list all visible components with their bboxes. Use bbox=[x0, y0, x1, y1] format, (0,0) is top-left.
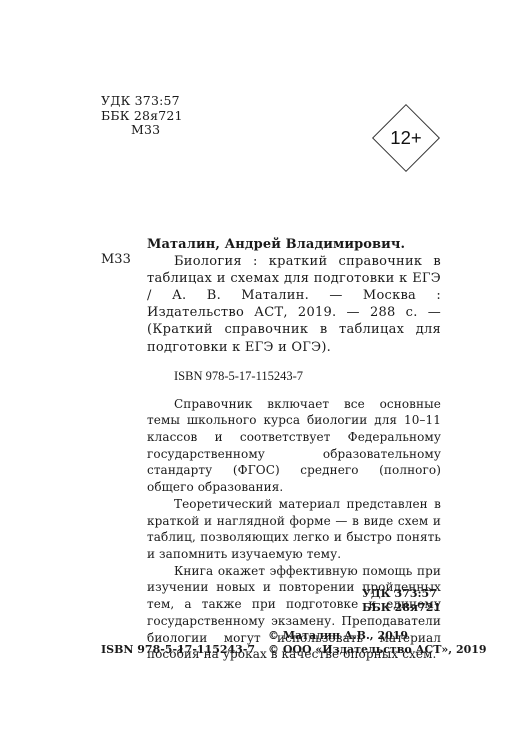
author-name: Маталин, Андрей Владимирович. bbox=[147, 236, 441, 253]
isbn-footer: ISBN 978-5-17-115243-7 bbox=[101, 643, 255, 657]
copyright-author: © Маталин А.В., 2019 bbox=[268, 629, 487, 643]
annotation-paragraph: Теоретический материал представлен в кра… bbox=[147, 496, 441, 563]
classification-block-bottom: УДК 373:57 ББК 28я721 bbox=[362, 587, 441, 615]
author-mark: М33 bbox=[101, 123, 183, 138]
copyright-page: УДК 373:57 ББК 28я721 М33 12+ М33 Матали… bbox=[0, 0, 514, 750]
annotation: Справочник включает все основные темы шк… bbox=[147, 396, 441, 663]
annotation-paragraph: Справочник включает все основные темы шк… bbox=[147, 396, 441, 496]
classification-block-top: УДК 373:57 ББК 28я721 М33 bbox=[101, 94, 183, 138]
udk-code: УДК 373:57 bbox=[101, 94, 183, 109]
bbk-code-bottom: ББК 28я721 bbox=[362, 601, 441, 615]
bibliographic-description: Биология : краткий справочник в таб­лица… bbox=[147, 253, 441, 356]
udk-code-bottom: УДК 373:57 bbox=[362, 587, 441, 601]
bbk-code: ББК 28я721 bbox=[101, 109, 183, 124]
isbn-inline: ISBN 978-5-17-115243-7 bbox=[174, 368, 441, 384]
copyright-publisher: © ООО «Издательство АСТ», 2019 bbox=[268, 643, 487, 657]
copyright-block: © Маталин А.В., 2019 © ООО «Издательство… bbox=[268, 629, 487, 657]
catalog-author-mark: М33 bbox=[101, 251, 131, 268]
age-rating-badge: 12+ bbox=[372, 104, 440, 172]
age-rating-label: 12+ bbox=[372, 104, 440, 172]
